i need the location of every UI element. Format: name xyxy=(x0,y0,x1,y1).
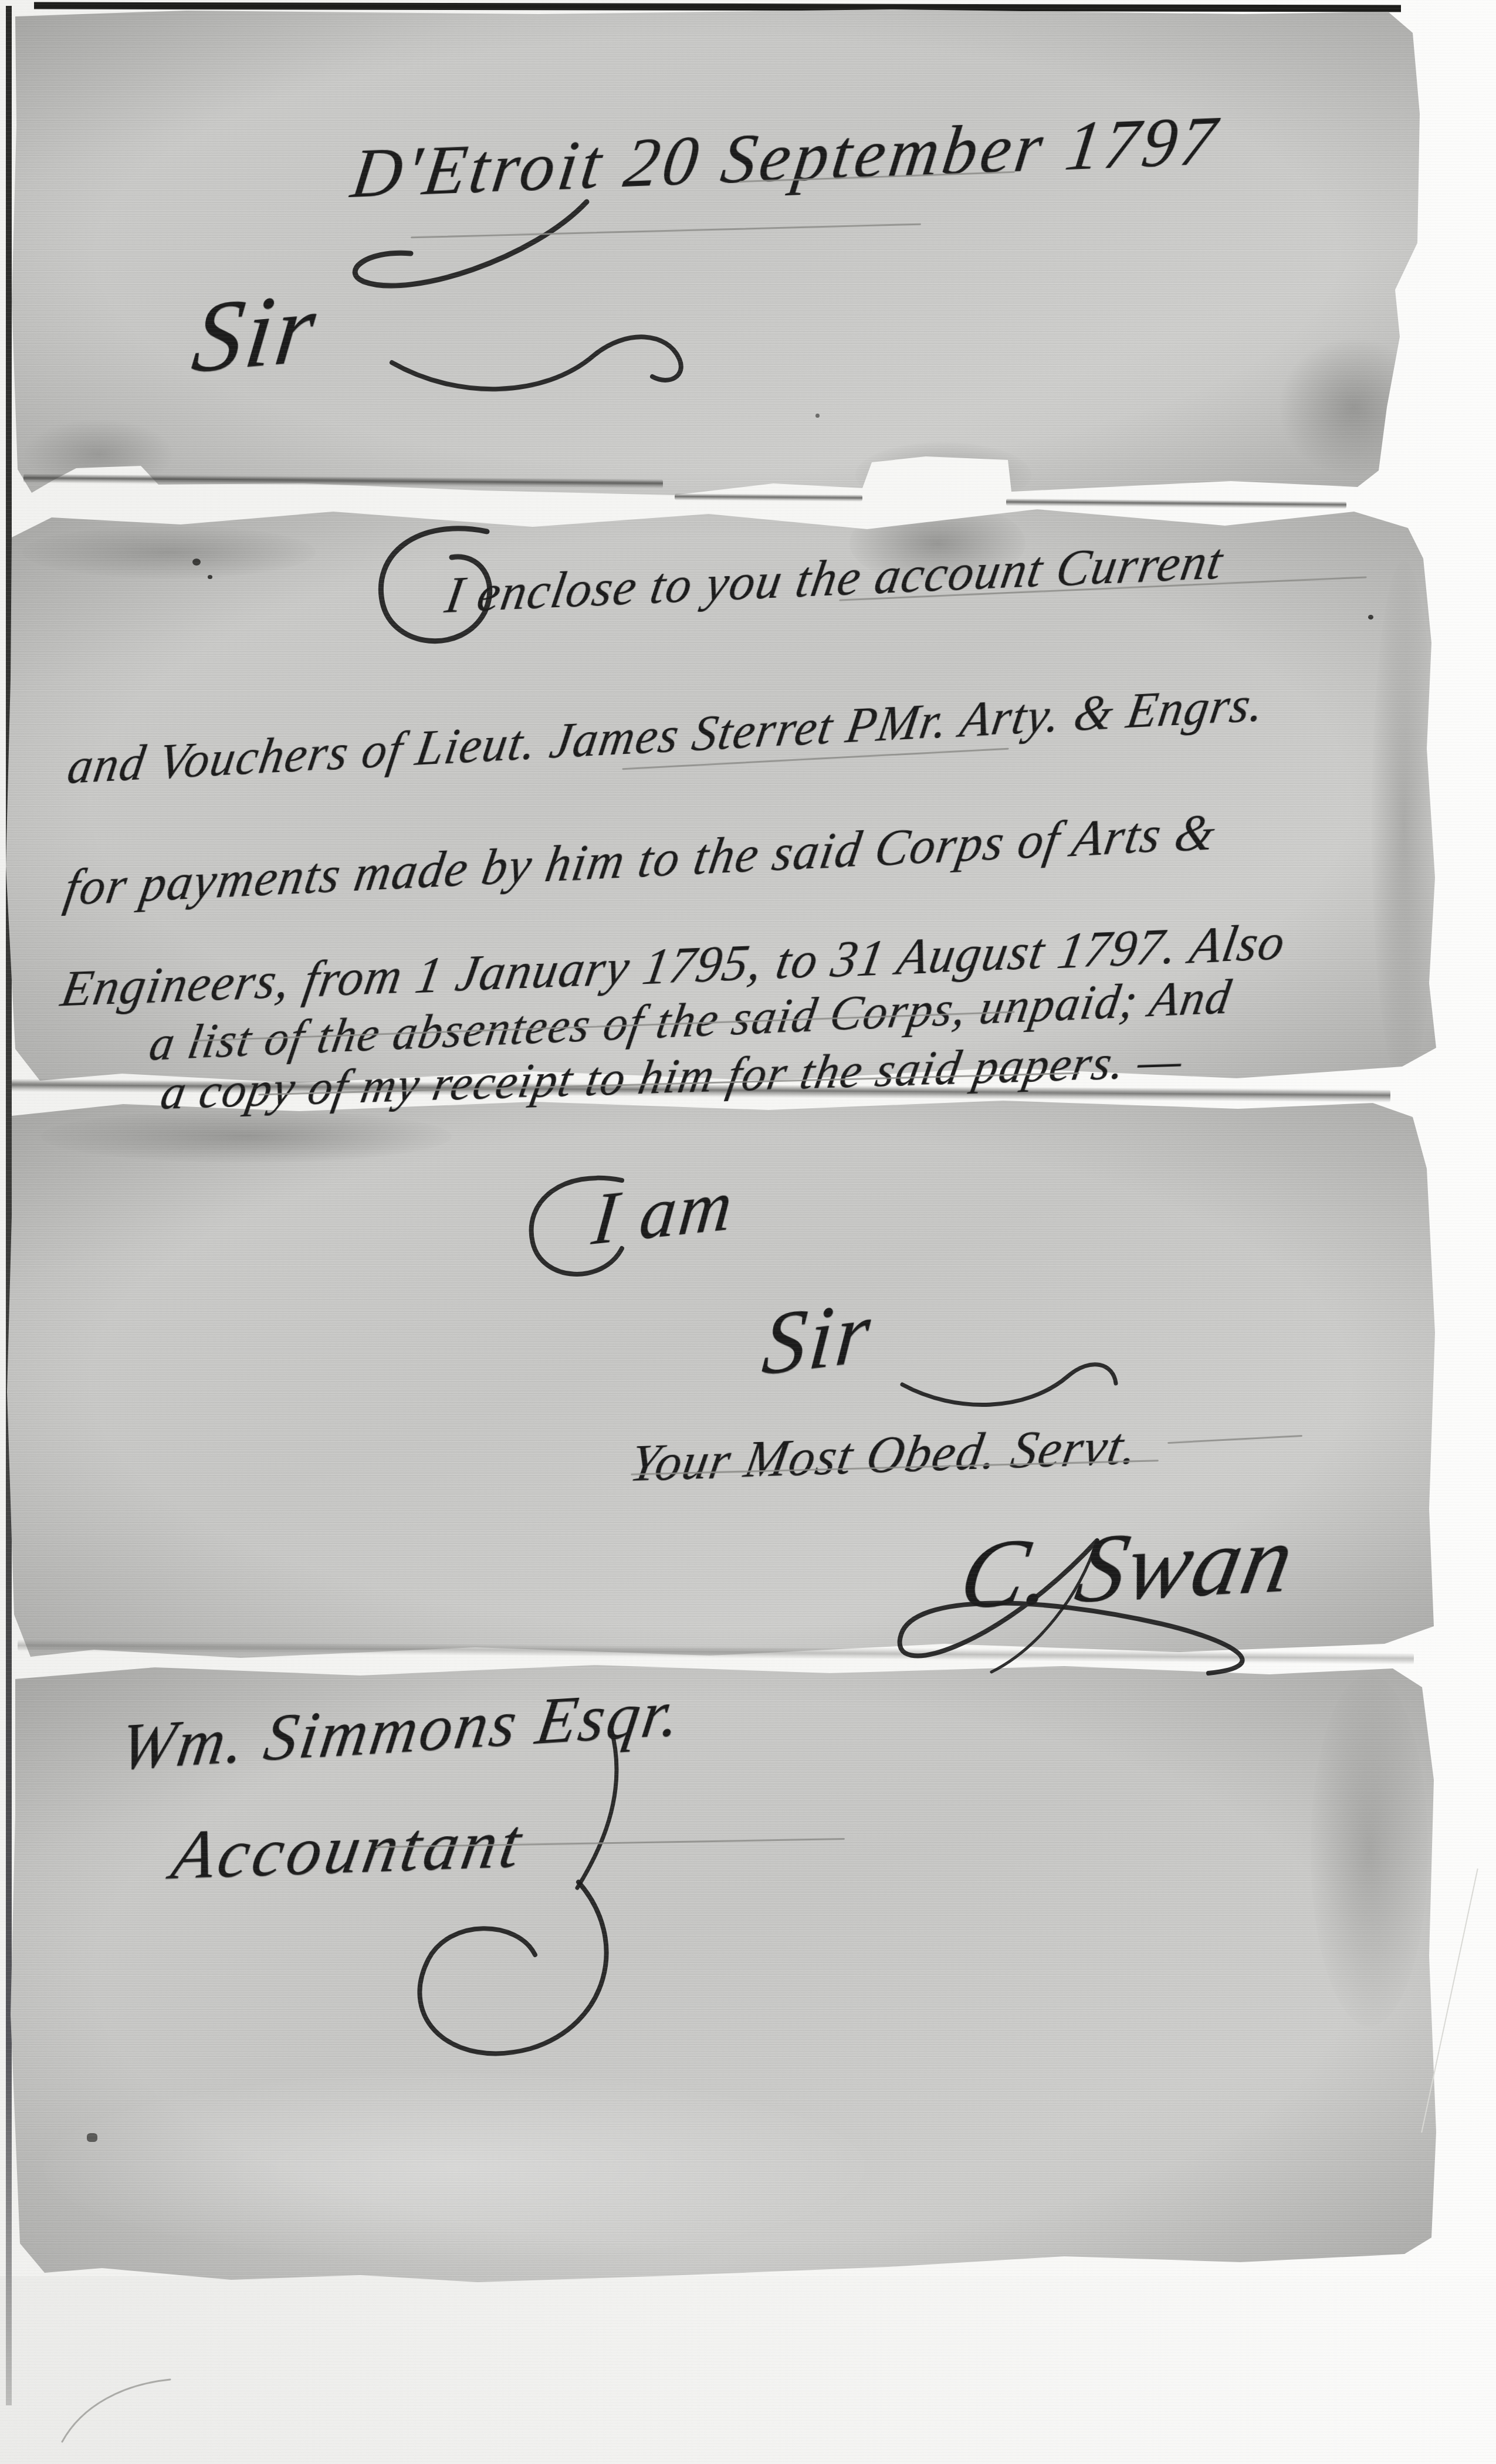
ink-speck xyxy=(192,559,201,566)
pencil-arc-bottom-left xyxy=(59,2376,176,2446)
scanner-edge-left xyxy=(6,6,12,2405)
tear-line-fold1 xyxy=(675,493,862,502)
ink-speck xyxy=(208,575,212,579)
closing-sir-flourish xyxy=(898,1343,1121,1420)
scanner-platen-background xyxy=(0,2276,1496,2464)
paper-segment-top xyxy=(11,8,1423,499)
salutation-flourish xyxy=(387,317,698,405)
scanned-letter-page: D'Etroit 20 September 1797 Sir I enclose… xyxy=(0,0,1496,2464)
dateline-flourish xyxy=(340,194,610,311)
tear-line-fold1 xyxy=(1006,498,1346,509)
esquire-flourish xyxy=(557,1725,645,1895)
closing-line: Sir xyxy=(759,1280,876,1396)
signature-flourish xyxy=(845,1525,1320,1690)
ink-speck xyxy=(815,414,820,418)
paper-vignette xyxy=(11,8,1423,499)
ink-speck xyxy=(87,2133,97,2142)
ink-speck xyxy=(1368,615,1373,620)
salutation: Sir xyxy=(187,269,324,396)
accountant-flourish xyxy=(381,1871,639,2071)
scanner-edge-top xyxy=(34,2,1401,12)
closing-line: I am xyxy=(588,1162,739,1263)
